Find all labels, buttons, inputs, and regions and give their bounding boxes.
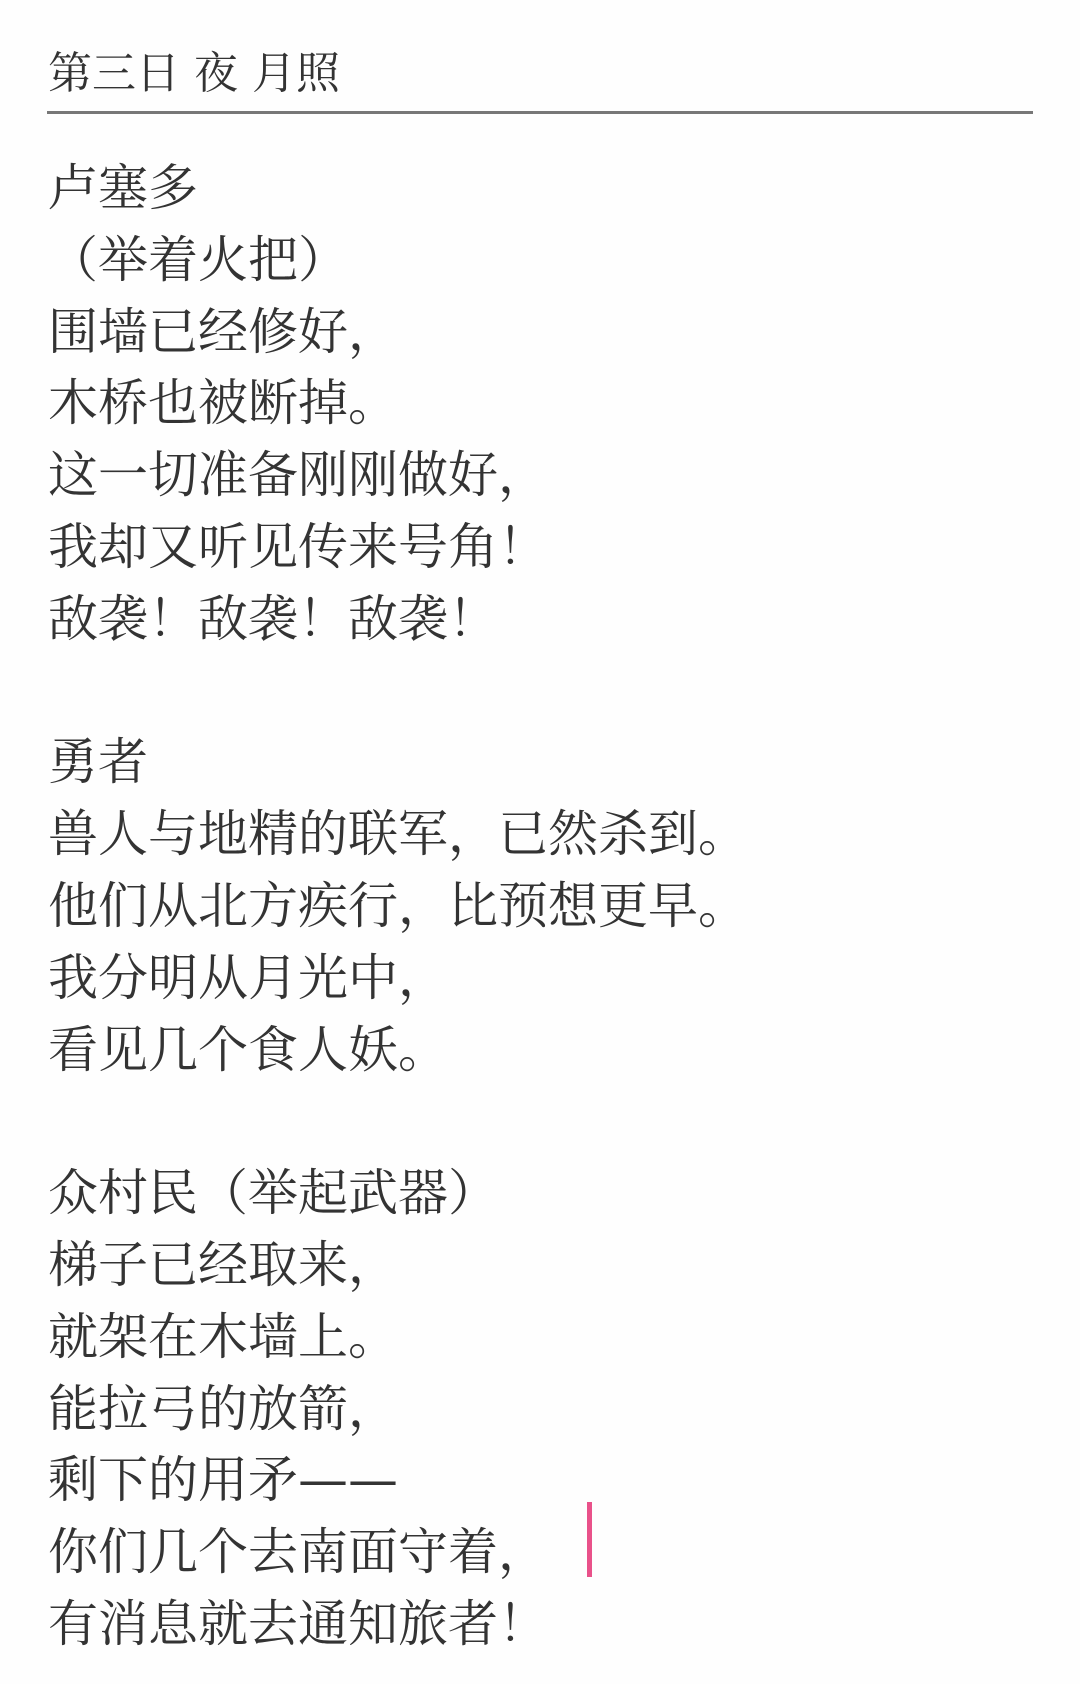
blank-line: [48, 656, 748, 728]
title-divider: [47, 111, 1033, 114]
dialogue-line: 我分明从月光中，: [48, 943, 748, 1015]
script-text-area[interactable]: 卢塞多 （举着火把） 围墙已经修好， 木桥也被断掉。 这一切准备刚刚做好， 我却…: [48, 153, 748, 1661]
dialogue-line: 你们几个去南面守着，: [48, 1517, 748, 1589]
page-title: 第三日 夜 月照: [48, 44, 340, 104]
dialogue-line: 围墙已经修好，: [48, 297, 748, 369]
dialogue-line: 木桥也被断掉。: [48, 368, 748, 440]
dialogue-line: 他们从北方疾行，比预想更早。: [48, 871, 748, 943]
dialogue-line: 兽人与地精的联军，已然杀到。: [48, 799, 748, 871]
dialogue-line: 敌袭！敌袭！敌袭！: [48, 584, 748, 656]
dialogue-line: 梯子已经取来，: [48, 1230, 748, 1302]
speaker-name: 众村民（举起武器）: [48, 1158, 748, 1230]
dialogue-line: 这一切准备刚刚做好，: [48, 440, 748, 512]
dialogue-line: 能拉弓的放箭，: [48, 1374, 748, 1446]
dialogue-line: 看见几个食人妖。: [48, 1015, 748, 1087]
text-cursor: [587, 1502, 592, 1577]
blank-line: [48, 1086, 748, 1158]
stage-direction: （举着火把）: [48, 225, 748, 297]
dialogue-line: 我却又听见传来号角！: [48, 512, 748, 584]
dialogue-line: 剩下的用矛——: [48, 1445, 748, 1517]
speaker-name: 勇者: [48, 727, 748, 799]
speaker-name: 卢塞多: [48, 153, 748, 225]
dialogue-line: 有消息就去通知旅者！: [48, 1589, 748, 1661]
dialogue-line: 就架在木墙上。: [48, 1302, 748, 1374]
